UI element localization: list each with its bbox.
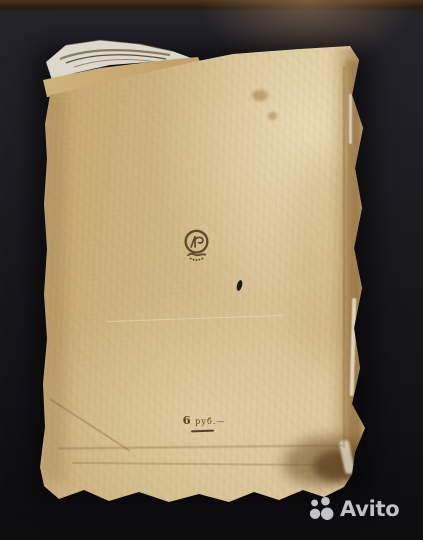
photo-scene: 6 руб.— Avito (0, 0, 423, 540)
crease-line (343, 66, 345, 448)
avito-wordmark: Avito (340, 497, 399, 521)
avito-logo-icon (309, 496, 335, 522)
stain-spot (252, 90, 268, 101)
publisher-stamp-icon (181, 228, 212, 263)
torn-edge-highlight (349, 94, 352, 144)
stain-blotch (288, 150, 360, 365)
avito-watermark: Avito (309, 496, 399, 522)
stain-spot (268, 112, 277, 120)
price-label: 6 руб.— (172, 414, 236, 428)
